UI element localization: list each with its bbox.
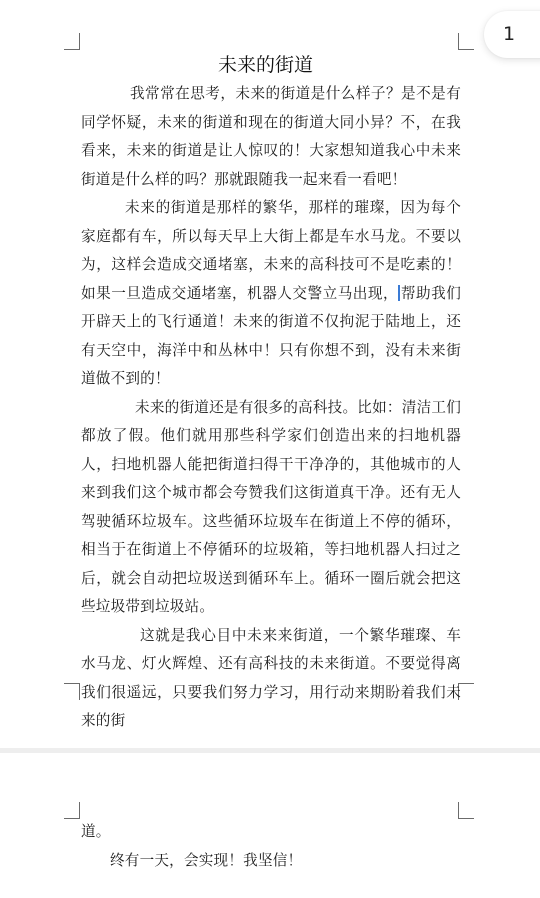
paragraph-5-text: 终有一天，会实现！我坚信！ <box>110 852 302 869</box>
paragraph-3-text: 未来的街道还是有很多的高科技。比如：清洁工们都放了假。他们就用那些科学家们创造出… <box>81 399 461 616</box>
document-body[interactable]: 我常常在思考，未来的街道是什么样子？是不是有同学怀疑，未来的街道和现在的街道大同… <box>81 80 461 736</box>
paragraph-1-text: 我常常在思考，未来的街道是什么样子？是不是有同学怀疑，未来的街道和现在的街道大同… <box>81 85 461 188</box>
margin-corner-top-right <box>458 33 474 50</box>
text-cursor <box>398 285 400 301</box>
page-number-indicator[interactable]: 1 <box>484 11 540 58</box>
paragraph-3[interactable]: 未来的街道还是有很多的高科技。比如：清洁工们都放了假。他们就用那些科学家们创造出… <box>81 394 461 622</box>
paragraph-4[interactable]: 这就是我心目中未来来街道，一个繁华璀璨、车水马龙、灯火辉煌、还有高科技的未来街道… <box>81 622 461 736</box>
document-title[interactable]: 未来的街道 <box>0 52 540 78</box>
page-number: 1 <box>503 23 515 45</box>
margin-corner-top-left <box>64 802 80 819</box>
paragraph-2[interactable]: 未来的街道是那样的繁华，那样的璀璨，因为每个家庭都有车，所以每天早上大街上都是车… <box>81 194 461 394</box>
margin-corner-bottom-left <box>64 683 80 700</box>
margin-corner-top-left <box>64 33 80 50</box>
paragraph-4-text: 这就是我心目中未来来街道，一个繁华璀璨、车水马龙、灯火辉煌、还有高科技的未来街道… <box>81 627 461 730</box>
paragraph-4-continued-text: 道。 <box>81 823 111 840</box>
paragraph-4-continued[interactable]: 道。 <box>81 818 461 847</box>
document-page-1[interactable]: 未来的街道 我常常在思考，未来的街道是什么样子？是不是有同学怀疑，未来的街道和现… <box>0 0 540 748</box>
document-body-page-2[interactable]: 道。 终有一天，会实现！我坚信！ <box>81 818 461 875</box>
paragraph-1[interactable]: 我常常在思考，未来的街道是什么样子？是不是有同学怀疑，未来的街道和现在的街道大同… <box>81 80 461 194</box>
margin-corner-top-right <box>458 802 474 819</box>
paragraph-5[interactable]: 终有一天，会实现！我坚信！ <box>81 847 461 876</box>
document-page-2[interactable]: 道。 终有一天，会实现！我坚信！ <box>0 753 540 898</box>
